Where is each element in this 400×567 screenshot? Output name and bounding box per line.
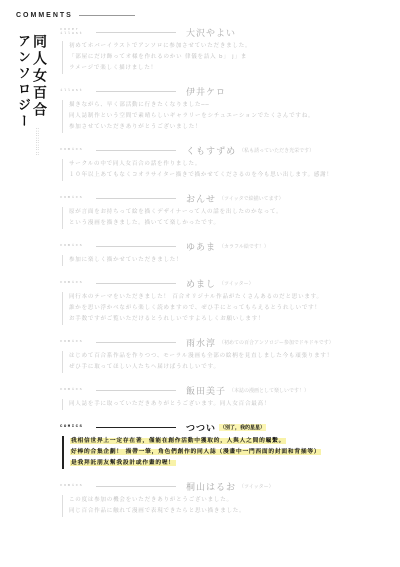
entry-body: はじめて百合系作品を作りつつ、モーラル漫画も全部の絵柄を見直しました今も頑張りま… bbox=[62, 351, 396, 373]
entry-line: １０年以上あてもなくコオラサイター描きで描かせてくださるのを今も思い出します。感… bbox=[69, 170, 396, 181]
entry-line: ぜひ手に取ってほしい人たちへ届けばうれしいです。 bbox=[69, 362, 396, 373]
entry-line: 参加させていただきありがとうございました！ bbox=[69, 122, 396, 133]
entry-body: 参加に楽しく描かせていただきました！ bbox=[62, 255, 396, 266]
entry-line: 描きながら、早く部活動に行きたくなりました── bbox=[69, 100, 396, 111]
entry-body: 描きながら、早く部活動に行きたくなりました── 同人誌制作という空間で素晴らしい… bbox=[62, 100, 396, 133]
title-subtext: :::::::::::: bbox=[35, 128, 40, 156]
entry-line: 同行本のテーマをいただきました！ 百合オリジナル作品がたくさんあるのだと思います… bbox=[69, 292, 396, 303]
entry-divider bbox=[96, 427, 176, 428]
title-doujin-yuri: 同人女百合 bbox=[32, 34, 46, 130]
entry-divider bbox=[96, 486, 176, 487]
title-anthology: アンソロジー bbox=[16, 34, 29, 130]
entry-note: （ツイッタで絵描いてます） bbox=[219, 195, 284, 202]
comment-entry: cover illust 大沢やよい 初めてホバーイラストでアンソロに参加させて… bbox=[60, 26, 396, 74]
entry-line: この度は参加の機会をいただきありがとうございました。 bbox=[69, 495, 396, 506]
entry-role: comics bbox=[60, 148, 96, 152]
entry-line: お手数ですがご覧いただけるとうれしいですよろしくお願いします！ bbox=[69, 314, 396, 325]
entry-role: comics bbox=[60, 196, 96, 200]
comment-entry-highlighted: COMICS つつい （別了，我的星星） 我相信世界上一定存在著，僅能在創作活動… bbox=[60, 421, 396, 469]
entry-author: 雨水淳 bbox=[186, 336, 216, 349]
comment-entry: comics 桐山はるお （ツイッター） この度は参加の機会をいただきありがとう… bbox=[60, 480, 396, 517]
entry-line: 同人誌を手に取っていただきありがとうございます。同人女百合最高！ bbox=[69, 399, 396, 410]
comment-entry: illust 伊井ケロ 描きながら、早く部活動に行きたくなりました── 同人誌制… bbox=[60, 85, 396, 133]
entry-line: 誰かを思い浮かべながら楽しく読めますので、ぜひ手にとってもらえるとうれしいです！ bbox=[69, 303, 396, 314]
vertical-title: 同人女百合 アンソロジー bbox=[16, 34, 46, 130]
entry-role: comics bbox=[60, 484, 96, 488]
entry-line: 原が言面をお持ちって絵を描くデザイナーって人の話を出したのかなって。 bbox=[69, 207, 396, 218]
entry-divider bbox=[96, 342, 176, 343]
comment-entry: comics めまし （ツイッター） 同行本のテーマをいただきました！ 百合オリ… bbox=[60, 277, 396, 325]
entry-note: （私も誘っていただき光栄です） bbox=[239, 147, 314, 154]
entry-divider bbox=[96, 246, 176, 247]
entry-line: 同人誌制作という空間で素晴らしいギャラリーをシチュエーションでたくさんですね。 bbox=[69, 111, 396, 122]
entry-note: （ツイッター） bbox=[239, 483, 274, 490]
entry-note: （初めての百合アンソロジー参加でドキドキです） bbox=[219, 339, 334, 346]
entry-role: illust bbox=[60, 89, 96, 93]
entry-author: 伊井ケロ bbox=[186, 85, 226, 98]
entry-role: cover illust bbox=[60, 28, 96, 36]
entry-line: はじめて百合系作品を作りつつ、モーラル漫画も全部の絵柄を見直しました今も頑張りま… bbox=[69, 351, 396, 362]
entry-body: 我相信世界上一定存在著，僅能在創作活動中獲取的，人與人之間的羈繫。 好棒的合集企… bbox=[62, 436, 396, 469]
entry-role: COMICS bbox=[60, 425, 96, 429]
entry-author: おんせ bbox=[186, 192, 216, 205]
entry-note: （カラフル絵です！） bbox=[219, 243, 269, 250]
entry-note: （ツイッター） bbox=[219, 280, 254, 287]
header-divider bbox=[79, 15, 135, 16]
entry-author: ゆあま bbox=[186, 240, 216, 253]
entry-line: ラメージで楽しく描けました！ bbox=[69, 63, 396, 74]
entry-author: 大沢やよい bbox=[186, 26, 236, 39]
entry-role: comics bbox=[60, 281, 96, 285]
entry-divider bbox=[96, 390, 176, 391]
entry-divider bbox=[96, 32, 176, 33]
entry-body: 初めてホバーイラストでアンソロに参加させていただきました。 「部屋にだけ飾ってオ… bbox=[62, 41, 396, 74]
entry-divider bbox=[96, 283, 176, 284]
entry-note: （別了，我的星星） bbox=[219, 424, 266, 431]
entry-divider bbox=[96, 91, 176, 92]
entry-author: 桐山はるお bbox=[186, 480, 236, 493]
comment-entry: comics 雨水淳 （初めての百合アンソロジー参加でドキドキです） はじめて百… bbox=[60, 336, 396, 373]
entry-body: 同人誌を手に取っていただきありがとうございます。同人女百合最高！ bbox=[62, 399, 396, 410]
entry-author: めまし bbox=[186, 277, 216, 290]
entry-role: comics bbox=[60, 388, 96, 392]
entry-line: 是我拜託朋友幫我設計或作畫的喔！ bbox=[70, 458, 396, 469]
entry-line: 好棒的合集企劃！ 描帶一筆，角色們創作的同人誌（漫畫中一門西面的封面和背插等） bbox=[70, 447, 396, 458]
entry-body: サークルの中で同人女百合の話を作りました。 １０年以上あてもなくコオラサイター描… bbox=[62, 159, 396, 181]
entry-role: comics bbox=[60, 340, 96, 344]
entry-author: つつい bbox=[186, 421, 216, 434]
entry-line: 参加に楽しく描かせていただきました！ bbox=[69, 255, 396, 266]
entry-line: サークルの中で同人女百合の話を作りました。 bbox=[69, 159, 396, 170]
entry-divider bbox=[96, 150, 176, 151]
comments-title: COMMENTS bbox=[16, 12, 73, 19]
entry-line: 「部屋にだけ飾ってオ様を作れるのかい 律儀を詰入 b」 j」ま bbox=[69, 52, 396, 63]
entry-body: 同行本のテーマをいただきました！ 百合オリジナル作品がたくさんあるのだと思います… bbox=[62, 292, 396, 325]
entry-divider bbox=[96, 198, 176, 199]
entry-line: という漫画を描きました。描いてて楽しかったです。 bbox=[69, 218, 396, 229]
entry-body: この度は参加の機会をいただきありがとうございました。 同じ百合作品に触れて漫画で… bbox=[62, 495, 396, 517]
entry-note: （本誌の漫画として楽しいです！） bbox=[229, 387, 309, 394]
entry-role: comics bbox=[60, 244, 96, 248]
comment-entry: comics くもすずめ （私も誘っていただき光栄です） サークルの中で同人女百… bbox=[60, 144, 396, 181]
entry-line: 初めてホバーイラストでアンソロに参加させていただきました。 bbox=[69, 41, 396, 52]
entry-author: くもすずめ bbox=[186, 144, 236, 157]
entry-line: 我相信世界上一定存在著，僅能在創作活動中獲取的，人與人之間的羈繫。 bbox=[70, 436, 396, 447]
entry-line: 同じ百合作品に触れて漫画で表現できたらと思い描きました。 bbox=[69, 506, 396, 517]
comments-header: COMMENTS bbox=[16, 12, 135, 19]
comment-list: cover illust 大沢やよい 初めてホバーイラストでアンソロに参加させて… bbox=[60, 26, 396, 528]
entry-body: 原が言面をお持ちって絵を描くデザイナーって人の話を出したのかなって。 という漫画… bbox=[62, 207, 396, 229]
comment-entry: comics ゆあま （カラフル絵です！） 参加に楽しく描かせていただきました！ bbox=[60, 240, 396, 266]
comment-entry: comics おんせ （ツイッタで絵描いてます） 原が言面をお持ちって絵を描くデ… bbox=[60, 192, 396, 229]
entry-author: 飯田美子 bbox=[186, 384, 226, 397]
comment-entry: comics 飯田美子 （本誌の漫画として楽しいです！） 同人誌を手に取っていた… bbox=[60, 384, 396, 410]
